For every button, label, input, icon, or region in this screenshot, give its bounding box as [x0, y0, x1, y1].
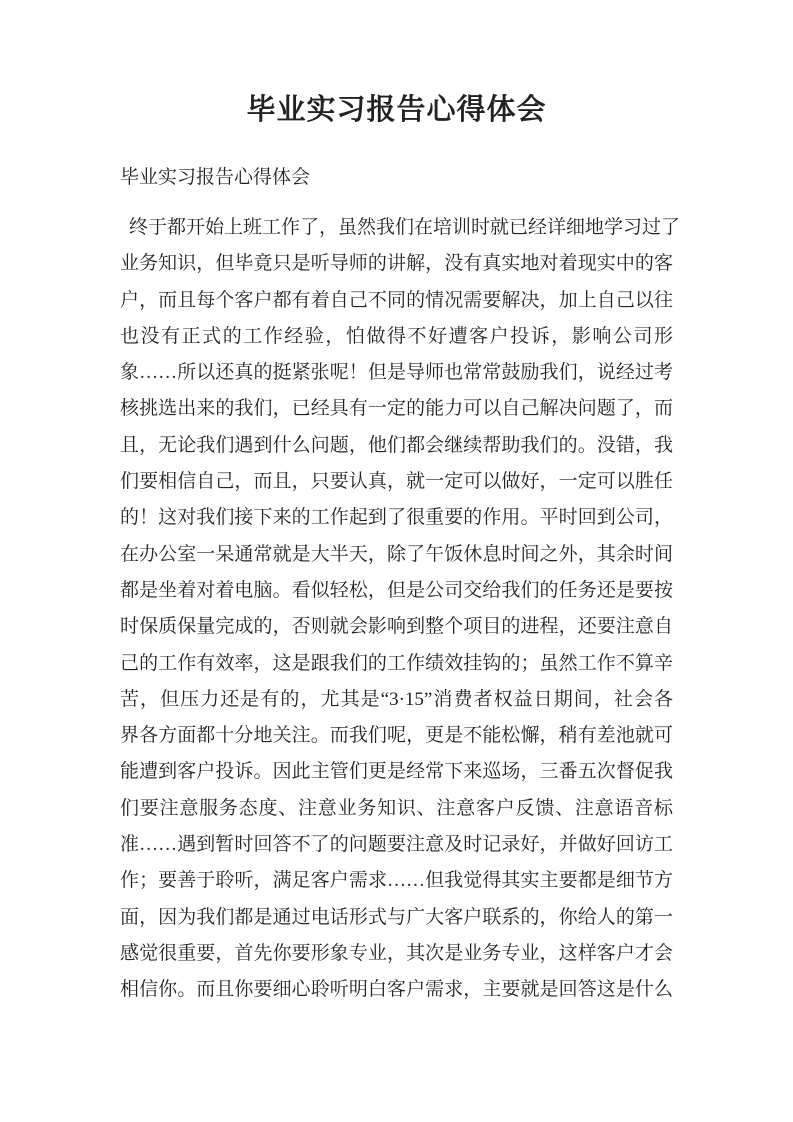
body-line: 们要相信自己，而且，只要认真，就一定可以做好，一定可以胜任: [120, 464, 673, 500]
body-line: 户，而且每个客户都有着自己不同的情况需要解决，加上自己以往: [120, 283, 673, 319]
body-line: 也没有正式的工作经验，怕做得不好遭客户投诉，影响公司形: [120, 319, 673, 355]
body-line: 时保质保量完成的，否则就会影响到整个项目的进程，还要注意自: [120, 609, 673, 645]
body-line: 在办公室一呆通常就是大半天，除了午饭休息时间之外，其余时间: [120, 537, 673, 573]
body-line: 己的工作有效率，这是跟我们的工作绩效挂钩的；虽然工作不算辛: [120, 646, 673, 682]
body-line: 们要注意服务态度、注意业务知识、注意客户反馈、注意语音标: [120, 791, 673, 827]
body-line: 界各方面都十分地关注。而我们呢，更是不能松懈，稍有差池就可: [120, 718, 673, 754]
body-line: 象……所以还真的挺紧张呢！但是导师也常常鼓励我们，说经过考: [120, 355, 673, 391]
body-line: 准……遇到暂时回答不了的问题要注意及时记录好，并做好回访工: [120, 827, 673, 863]
document-page: 毕业实习报告心得体会 毕业实习报告心得体会 终于都开始上班工作了，虽然我们在培训…: [0, 0, 793, 1122]
body-line: 核挑选出来的我们，已经具有一定的能力可以自己解决问题了，而: [120, 391, 673, 427]
body-line: 且，无论我们遇到什么问题，他们都会继续帮助我们的。没错，我: [120, 428, 673, 464]
body-line: 苦，但压力还是有的，尤其是“3·15”消费者权益日期间，社会各: [120, 682, 673, 718]
body-paragraph: 终于都开始上班工作了，虽然我们在培训时就已经详细地学习过了 业务知识，但毕竟只是…: [120, 210, 673, 1009]
body-line: 业务知识，但毕竟只是听导师的讲解，没有真实地对着现实中的客: [120, 246, 673, 282]
body-line: 终于都开始上班工作了，虽然我们在培训时就已经详细地学习过了: [120, 210, 673, 246]
body-line: 作；要善于聆听，满足客户需求……但我觉得其实主要都是细节方: [120, 863, 673, 899]
body-line: 都是坐着对着电脑。看似轻松，但是公司交给我们的任务还是要按: [120, 573, 673, 609]
body-line: 面，因为我们都是通过电话形式与广大客户联系的，你给人的第一: [120, 900, 673, 936]
body-line: 相信你。而且你要细心聆听明白客户需求，主要就是回答这是什么: [120, 972, 673, 1008]
document-title: 毕业实习报告心得体会: [0, 90, 793, 130]
body-line: 能遭到客户投诉。因此主管们更是经常下来巡场，三番五次督促我: [120, 754, 673, 790]
document-subtitle: 毕业实习报告心得体会: [120, 164, 310, 191]
body-line: 的！这对我们接下来的工作起到了很重要的作用。平时回到公司，: [120, 500, 673, 536]
body-line: 感觉很重要，首先你要形象专业，其次是业务专业，这样客户才会: [120, 936, 673, 972]
